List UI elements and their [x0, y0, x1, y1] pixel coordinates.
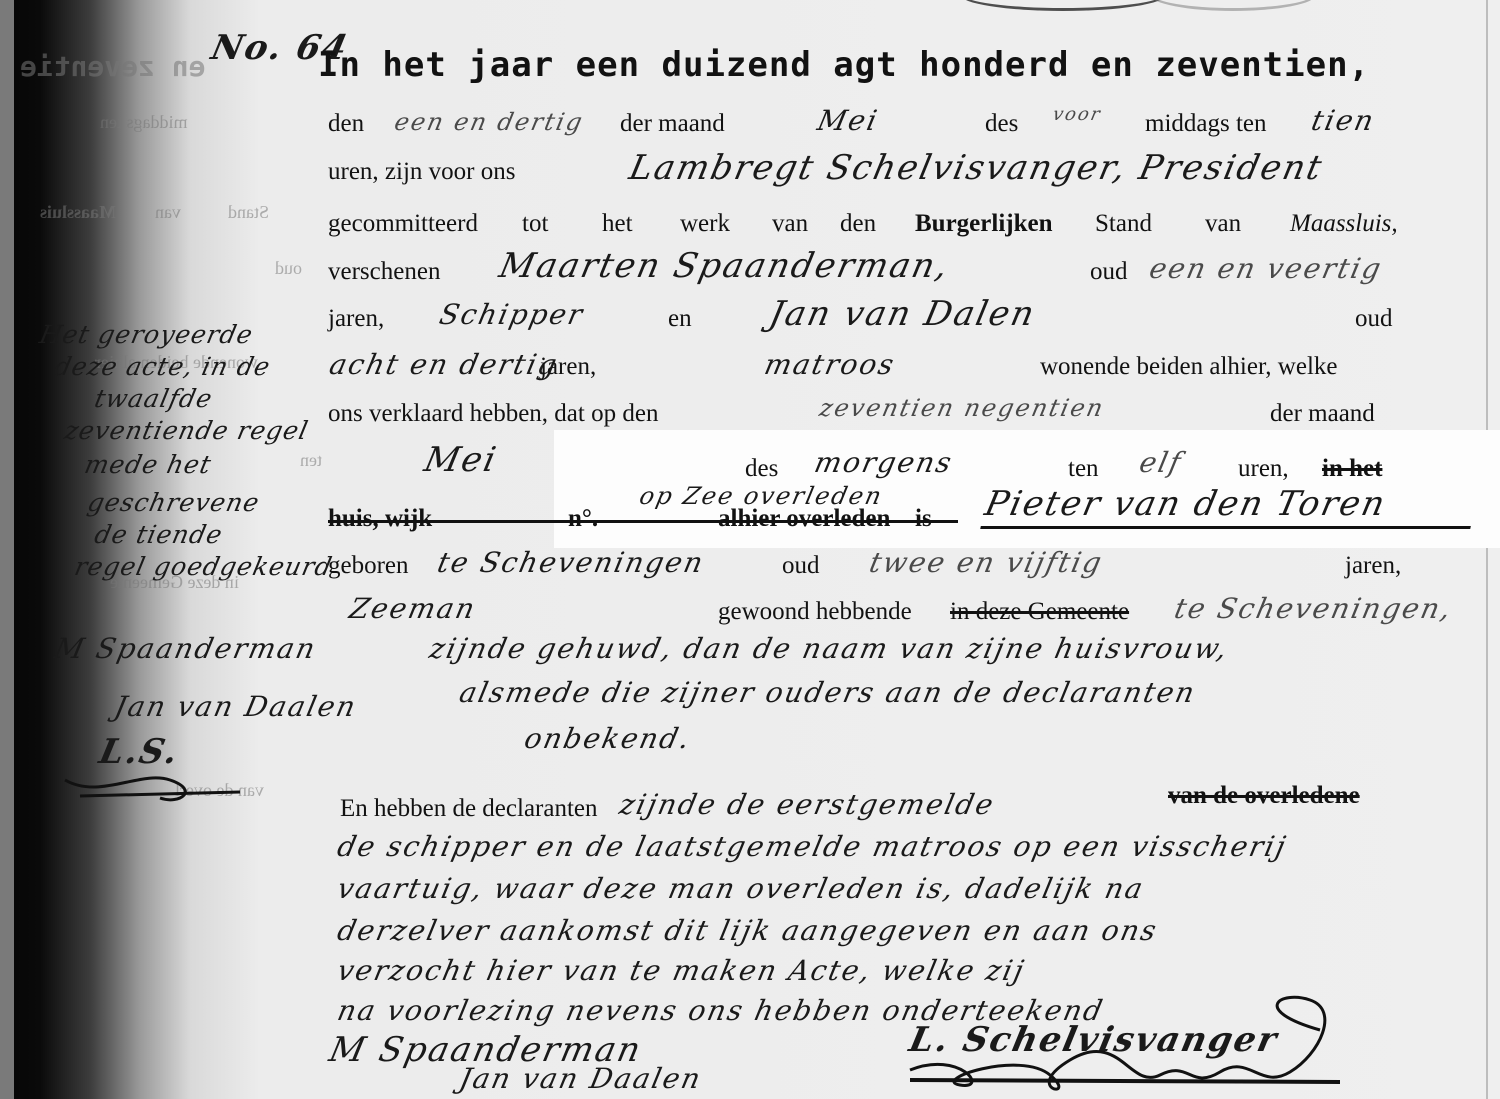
- handwritten-declaranten-cont3: vaartuig, waar deze man overleden is, da…: [334, 872, 1147, 905]
- form-label-jaren: jaren,: [540, 353, 596, 381]
- strikethrough-line: [328, 520, 958, 523]
- handwritten-declarant1-occupation: Schipper: [436, 298, 587, 331]
- form-place-maassluis: Maassluis,: [1290, 210, 1398, 238]
- form-label-uren: uren,: [1238, 455, 1289, 483]
- handwritten-official: Lambregt Schelvisvanger, President: [626, 148, 1327, 188]
- bleed-through-text: van: [155, 202, 181, 223]
- handwritten-day: een en dertig: [392, 108, 586, 136]
- margin-note-line: zeventiende regel: [62, 416, 311, 445]
- form-label-middags-ten: middags ten: [1145, 110, 1267, 138]
- handwritten-occupation: Zeeman: [346, 592, 479, 625]
- struck-text-huis-wijk: huis, wijk: [328, 505, 432, 533]
- handwritten-declarant2-name: Jan van Dalen: [766, 294, 1040, 334]
- form-label-oud: oud: [1090, 258, 1128, 286]
- form-label-van: van: [1205, 210, 1241, 238]
- document-page: en zeventie middags ten Maassluis van St…: [0, 0, 1500, 1099]
- margin-note-line: Het geroyeerde: [37, 320, 256, 349]
- margin-note-line: de tiende: [92, 520, 226, 549]
- form-label-geboren: geboren: [328, 552, 409, 580]
- form-label-verklaard: ons verklaard hebben, dat op den: [328, 400, 658, 428]
- struck-text-in-deze-gemeente: in deze Gemeente: [950, 598, 1129, 626]
- handwritten-death-period: morgens: [811, 446, 956, 479]
- form-label-het: het: [602, 210, 633, 238]
- margin-note-line: twaalfde: [92, 384, 215, 413]
- form-label-der-maand: der maand: [1270, 400, 1375, 428]
- form-label-declaranten: En hebben de declaranten: [340, 795, 598, 823]
- book-spine-edge: [0, 0, 14, 1099]
- handwritten-declarant2-age: acht en dertig: [326, 348, 561, 381]
- struck-text-no: n°.: [568, 505, 598, 533]
- handwritten-month: Mei: [814, 104, 881, 137]
- form-label-stand: Stand: [1095, 210, 1152, 238]
- initials-flourish-icon: [60, 760, 250, 810]
- form-label-werk: werk: [680, 210, 730, 238]
- form-label-gecommitteerd: gecommitteerd: [328, 210, 478, 238]
- handwritten-deceased-name: Pieter van den Toren: [980, 484, 1480, 529]
- handwritten-declarant1-age: een en veertig: [1146, 252, 1385, 285]
- bleed-through-text: middags ten: [100, 112, 188, 133]
- handwritten-declaranten-cont4: derzelver aankomst dit lijk aangegeven e…: [334, 914, 1160, 947]
- struck-text-alhier-overleden: alhier overleden: [718, 505, 890, 533]
- form-label-des: des: [745, 455, 778, 483]
- margin-signature-van-daalen: Jan van Daalen: [111, 690, 360, 723]
- bleed-through-text: oud: [275, 258, 302, 279]
- bleed-through-text: Maassluis: [40, 202, 116, 223]
- bleed-through-text: en zeventie: [20, 50, 205, 83]
- form-title: In het jaar een duizend agt honderd en z…: [318, 45, 1370, 85]
- form-label-ten: ten: [1068, 455, 1099, 483]
- form-label-uren-zijn-voor-ons: uren, zijn voor ons: [328, 158, 515, 186]
- handwritten-declaranten-cont1: zijnde de eerstgemelde: [616, 788, 997, 821]
- handwritten-declaranten-cont5: verzocht hier van te maken Acte, welke z…: [334, 954, 1028, 987]
- form-label-jaren: jaren,: [1345, 552, 1401, 580]
- margin-note-line: deze acte, in de: [52, 352, 273, 381]
- top-ornament-flourish-faint: [1150, 0, 1316, 11]
- form-label-der-maand: der maand: [620, 110, 725, 138]
- margin-note-line: geschrevene: [85, 488, 262, 517]
- top-ornament-flourish: [960, 0, 1166, 11]
- form-label-burgerlijken: Burgerlijken: [915, 210, 1053, 238]
- margin-signature-spaanderman: M Spaanderman: [51, 632, 319, 665]
- page-edge-line: [1486, 0, 1488, 1099]
- form-title-text: In het jaar een duizend agt honderd en z…: [318, 45, 1370, 85]
- handwritten-death-day: zeventien negentien: [817, 394, 1107, 422]
- handwritten-age: twee en vijftig: [866, 546, 1106, 579]
- form-label-oud: oud: [782, 552, 820, 580]
- handwritten-declaranten-cont2: de schipper en de laatstgemelde matroos …: [334, 830, 1290, 863]
- handwritten-declarant2-occupation: matroos: [761, 348, 898, 381]
- form-label-tot: tot: [522, 210, 548, 238]
- handwritten-declarant1-name: Maarten Spaanderman,: [496, 246, 953, 286]
- handwritten-death-hour: elf: [1136, 446, 1185, 479]
- form-label-van: van: [772, 210, 808, 238]
- handwritten-remark-line1: zijnde gehuwd, dan de naam van zijne hui…: [426, 632, 1231, 665]
- form-label-wonende-beiden-alhier: wonende beiden alhier, welke: [1040, 353, 1338, 381]
- handwritten-remark-line3: onbekend.: [521, 722, 694, 755]
- signature-flourish-icon: [900, 990, 1380, 1099]
- form-label-den: den: [840, 210, 876, 238]
- form-label-is: is: [915, 505, 932, 533]
- handwritten-death-month: Mei: [421, 440, 501, 480]
- margin-note-line: regel goedgekeurd: [72, 552, 335, 581]
- handwritten-time-of-day: voor: [1051, 104, 1104, 125]
- margin-note-line: mede het: [82, 450, 214, 479]
- form-label-des: des: [985, 110, 1018, 138]
- form-label-en: en: [668, 305, 692, 333]
- handwritten-hour: tien: [1308, 104, 1378, 137]
- struck-text-van-de-overledene: van de overledene: [1168, 782, 1360, 810]
- form-label-den: den: [328, 110, 364, 138]
- handwritten-residence: te Scheveningen,: [1171, 592, 1455, 625]
- bleed-through-text: ten: [300, 450, 322, 471]
- form-label-verschenen: verschenen: [328, 258, 440, 286]
- bleed-through-text: Stand: [228, 202, 269, 223]
- handwritten-birthplace: te Scheveningen: [434, 546, 707, 579]
- form-label-oud: oud: [1355, 305, 1393, 333]
- form-label-jaren: jaren,: [328, 305, 384, 333]
- struck-text-in-het: in het: [1322, 455, 1382, 483]
- handwritten-remark-line2: alsmede die zijner ouders aan de declara…: [456, 676, 1199, 709]
- form-label-gewoond-hebbende: gewoond hebbende: [718, 598, 912, 626]
- signature-declarant2: Jan van Daalen: [456, 1062, 705, 1095]
